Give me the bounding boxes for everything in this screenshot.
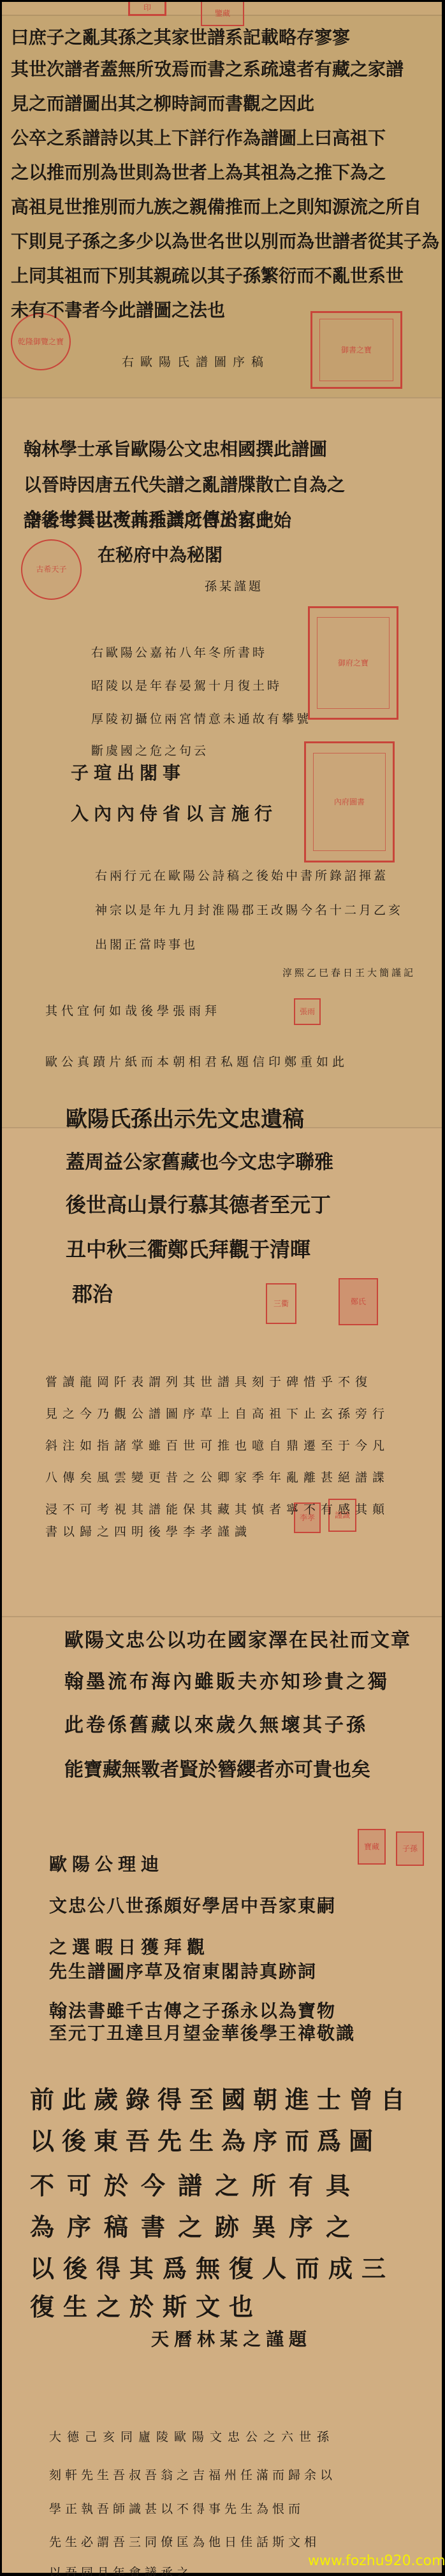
colophon-row: 蓋周益公家舊藏也今文忠字聯雅 <box>66 1146 333 1174</box>
seal-large-3: 內府圖書 <box>304 741 395 862</box>
colophon-row: 右歐陽公嘉祐八年冬所書時 <box>91 643 267 660</box>
draft-row: 曰庶子之亂其孫之其家世譜系記載略存寥寥 <box>11 24 350 49</box>
colophon-row: 後世高山景行慕其德者至元丁 <box>66 1189 331 1218</box>
seal-text: 御書之寶 <box>341 346 372 354</box>
colophon-row: 文忠公八世孫頗好學居中吾家東嗣 <box>49 1892 336 1917</box>
seal-large-1: 御書之寶 <box>310 311 402 389</box>
colophon-row: 以後東吾先生為序而爲圖 <box>30 2121 381 2157</box>
seal-round-2: 古希天子 <box>21 539 82 600</box>
colophon-row: 神宗以是年九月封淮陽郡王改賜今名十二月乙亥 <box>95 901 403 918</box>
colophon-row: 先生必謂吾三同僚匡為他日佳話斯文相 <box>49 2533 320 2550</box>
calligraphy-scroll: 印 鑒藏 御書之寶 乾隆御覽之寶 古希天子 御府之寶 內府圖書 張雨 三衢 鄭氏… <box>2 2 442 2573</box>
scroll-title: 右歐陽氏譜圖序稿 <box>122 353 270 370</box>
colophon-row: 見之今乃觀公譜圖序草上自高祖下止玄孫旁行 <box>45 1404 390 1422</box>
colophon-row: 翰墨流布海內雖販夫亦知珍貴之獨 <box>64 1666 390 1694</box>
colophon-row: 昭陵以是年春晏駕十月復土時 <box>91 676 282 694</box>
paper-seam <box>2 1616 442 1617</box>
seal-text: 印 <box>143 4 151 12</box>
colophon-row: 以吾同月年會議承之 <box>49 2563 193 2576</box>
colophon-row: 歐公真蹟片紙而本朝相君私題信印鄭重如此 <box>45 1052 348 1070</box>
colophon-row: 翰法書雖千古傳之子孫永以為寶物 <box>49 1997 336 2023</box>
colophon-row: 其代宜何如哉後學張雨拜 <box>45 1001 221 1019</box>
colophon-row: 在秘府中為秘閣 <box>98 541 222 567</box>
colophon-row: 為序稿書之跡異序之 <box>30 2208 363 2243</box>
draft-row: 未有不書者今此譜圖之法也 <box>11 296 225 322</box>
colophon-row: 刻軒先生吾叔吾翁之吉福州任滿而歸余以 <box>49 2466 336 2483</box>
draft-row: 上同其祖而下別其親疏以其子孫繁衍而不亂世系世 <box>11 262 404 287</box>
seal-text: 內府圖書 <box>334 798 365 806</box>
colophon-row: 子瑄出閣事 <box>71 759 186 785</box>
colophon-row: 八傳矣風雲變更昔之公卿家季年亂離甚絕譜諜 <box>45 1468 390 1485</box>
draft-row: 公卒之系譜詩以其上下詳行作為譜圖上曰高祖下 <box>11 124 386 150</box>
seal-small-1: 張雨 <box>294 998 321 1025</box>
draft-row: 之以推而別為世則為世者上為其祖為之推下為之 <box>11 159 386 184</box>
colophon-row: 右兩行元在歐陽公詩稿之後始中書所錄詔揮蓋 <box>95 866 388 884</box>
colophon-row: 翰林學士承旨歐陽公文忠相國撰此譜圖 <box>24 435 327 461</box>
draft-row: 其世次譜者蓋無所攷焉而書之系疏遠者有藏之家譜 <box>11 55 404 81</box>
colophon-row: 以晉時因唐五代失譜之亂譜牒散亡自為之 <box>24 471 345 497</box>
seal-text: 古希天子 <box>36 565 66 574</box>
seal-small-7: 子孫 <box>396 1831 424 1866</box>
colophon-signature: 淳熙乙巳春日王大簡謹記 <box>282 966 416 979</box>
colophon-signature: 孫某謹題 <box>205 577 263 594</box>
colophon-row: 復生之於斯文也 <box>30 2287 262 2322</box>
seal-text: 乾隆御覽之寶 <box>18 338 64 346</box>
colophon-row: 先生譜圖序草及宿東閣詩真跡詞 <box>49 1958 317 1983</box>
seal-small-2: 三衢 <box>266 1283 296 1324</box>
seal-text: 張雨 <box>300 1008 315 1016</box>
colophon-row: 出閣正當時事也 <box>95 935 198 952</box>
colophon-row: 書以歸之四明後學李孝謹識 <box>45 1522 252 1539</box>
colophon-row: 歐陽公理迪 <box>49 1851 164 1876</box>
colophon-row: 前此歲錄得至國朝進士曾自 <box>30 2080 412 2115</box>
colophon-row: 大德己亥同廬陵歐陽文忠公之六世孫 <box>49 2427 335 2445</box>
colophon-row: 不可於今譜之所有具 <box>30 2166 363 2201</box>
colophon-row: 歐陽文忠公以功在國家澤在民社而文章 <box>64 1624 411 1652</box>
seal-small-6: 寶藏 <box>358 1829 386 1865</box>
draft-row: 下則見子孫之多少以為世名世以別而為世譜者從其子為 <box>11 228 439 253</box>
seal-top-left: 印 <box>128 2 166 16</box>
paper-seam <box>2 397 442 398</box>
colophon-row: 浸不可考視其譜能保其藏其慎者寧不有感其顛 <box>45 1500 390 1517</box>
colophon-row: 丑中秋三衢鄭氏拜觀于清暉 <box>66 1233 310 1263</box>
watermark: www.fozhu920.com <box>308 2553 445 2569</box>
seal-text: 子孫 <box>402 1845 418 1853</box>
colophon-signature: 天曆林某之謹題 <box>151 2325 312 2351</box>
colophon-row: 入內內侍省以言施行 <box>71 800 277 826</box>
seal-text: 寶藏 <box>364 1843 379 1851</box>
colophon-row: 令後世得以考其系譜之傳於家中 <box>24 506 274 531</box>
colophon-row: 之選暇日獲拜觀 <box>49 1933 210 1959</box>
seal-top-center: 鑒藏 <box>201 2 244 26</box>
colophon-row: 能寶藏無斁者賢於簪纓者亦可貴也矣 <box>64 1754 370 1782</box>
colophon-row: 厚陵初攝位兩宮情意未通故有攀號 <box>91 709 311 727</box>
draft-row: 見之而譜圖出其之柳時詞而書觀之因此 <box>11 90 314 115</box>
seal-small-3: 鄭氏 <box>339 1278 378 1325</box>
colophon-row: 嘗讀龍岡阡表謂列其世譜具刻于碑惜乎不復 <box>45 1372 372 1390</box>
colophon-row: 斷虞國之危之句云 <box>91 741 208 759</box>
draft-row: 高祖見世推別而九族之親備推而上之則知源流之所自 <box>11 193 421 219</box>
colophon-row: 郡治 <box>72 1278 113 1307</box>
seal-text: 鄭氏 <box>351 1298 366 1306</box>
seal-text: 三衢 <box>274 1300 289 1308</box>
colophon-row: 至元丁丑達旦月望金華後學王禕敬識 <box>49 2019 355 2045</box>
seal-text: 御府之寶 <box>338 659 368 667</box>
seal-large-2: 御府之寶 <box>308 606 398 720</box>
colophon-row: 此卷係舊藏以來歲久無壞其子孫 <box>64 1709 368 1737</box>
colophon-row: 以後得其爲無復人而成三 <box>30 2249 395 2284</box>
colophon-row: 學正執吾師識甚以不得事先生為恨而 <box>49 2500 304 2517</box>
colophon-row: 斜注如指諸掌雖百世可推也噫自鼎遷至于今凡 <box>45 1436 390 1453</box>
seal-text: 鑒藏 <box>215 10 230 18</box>
colophon-row: 歐陽氏孫出示先文忠遺稿 <box>66 1102 304 1133</box>
